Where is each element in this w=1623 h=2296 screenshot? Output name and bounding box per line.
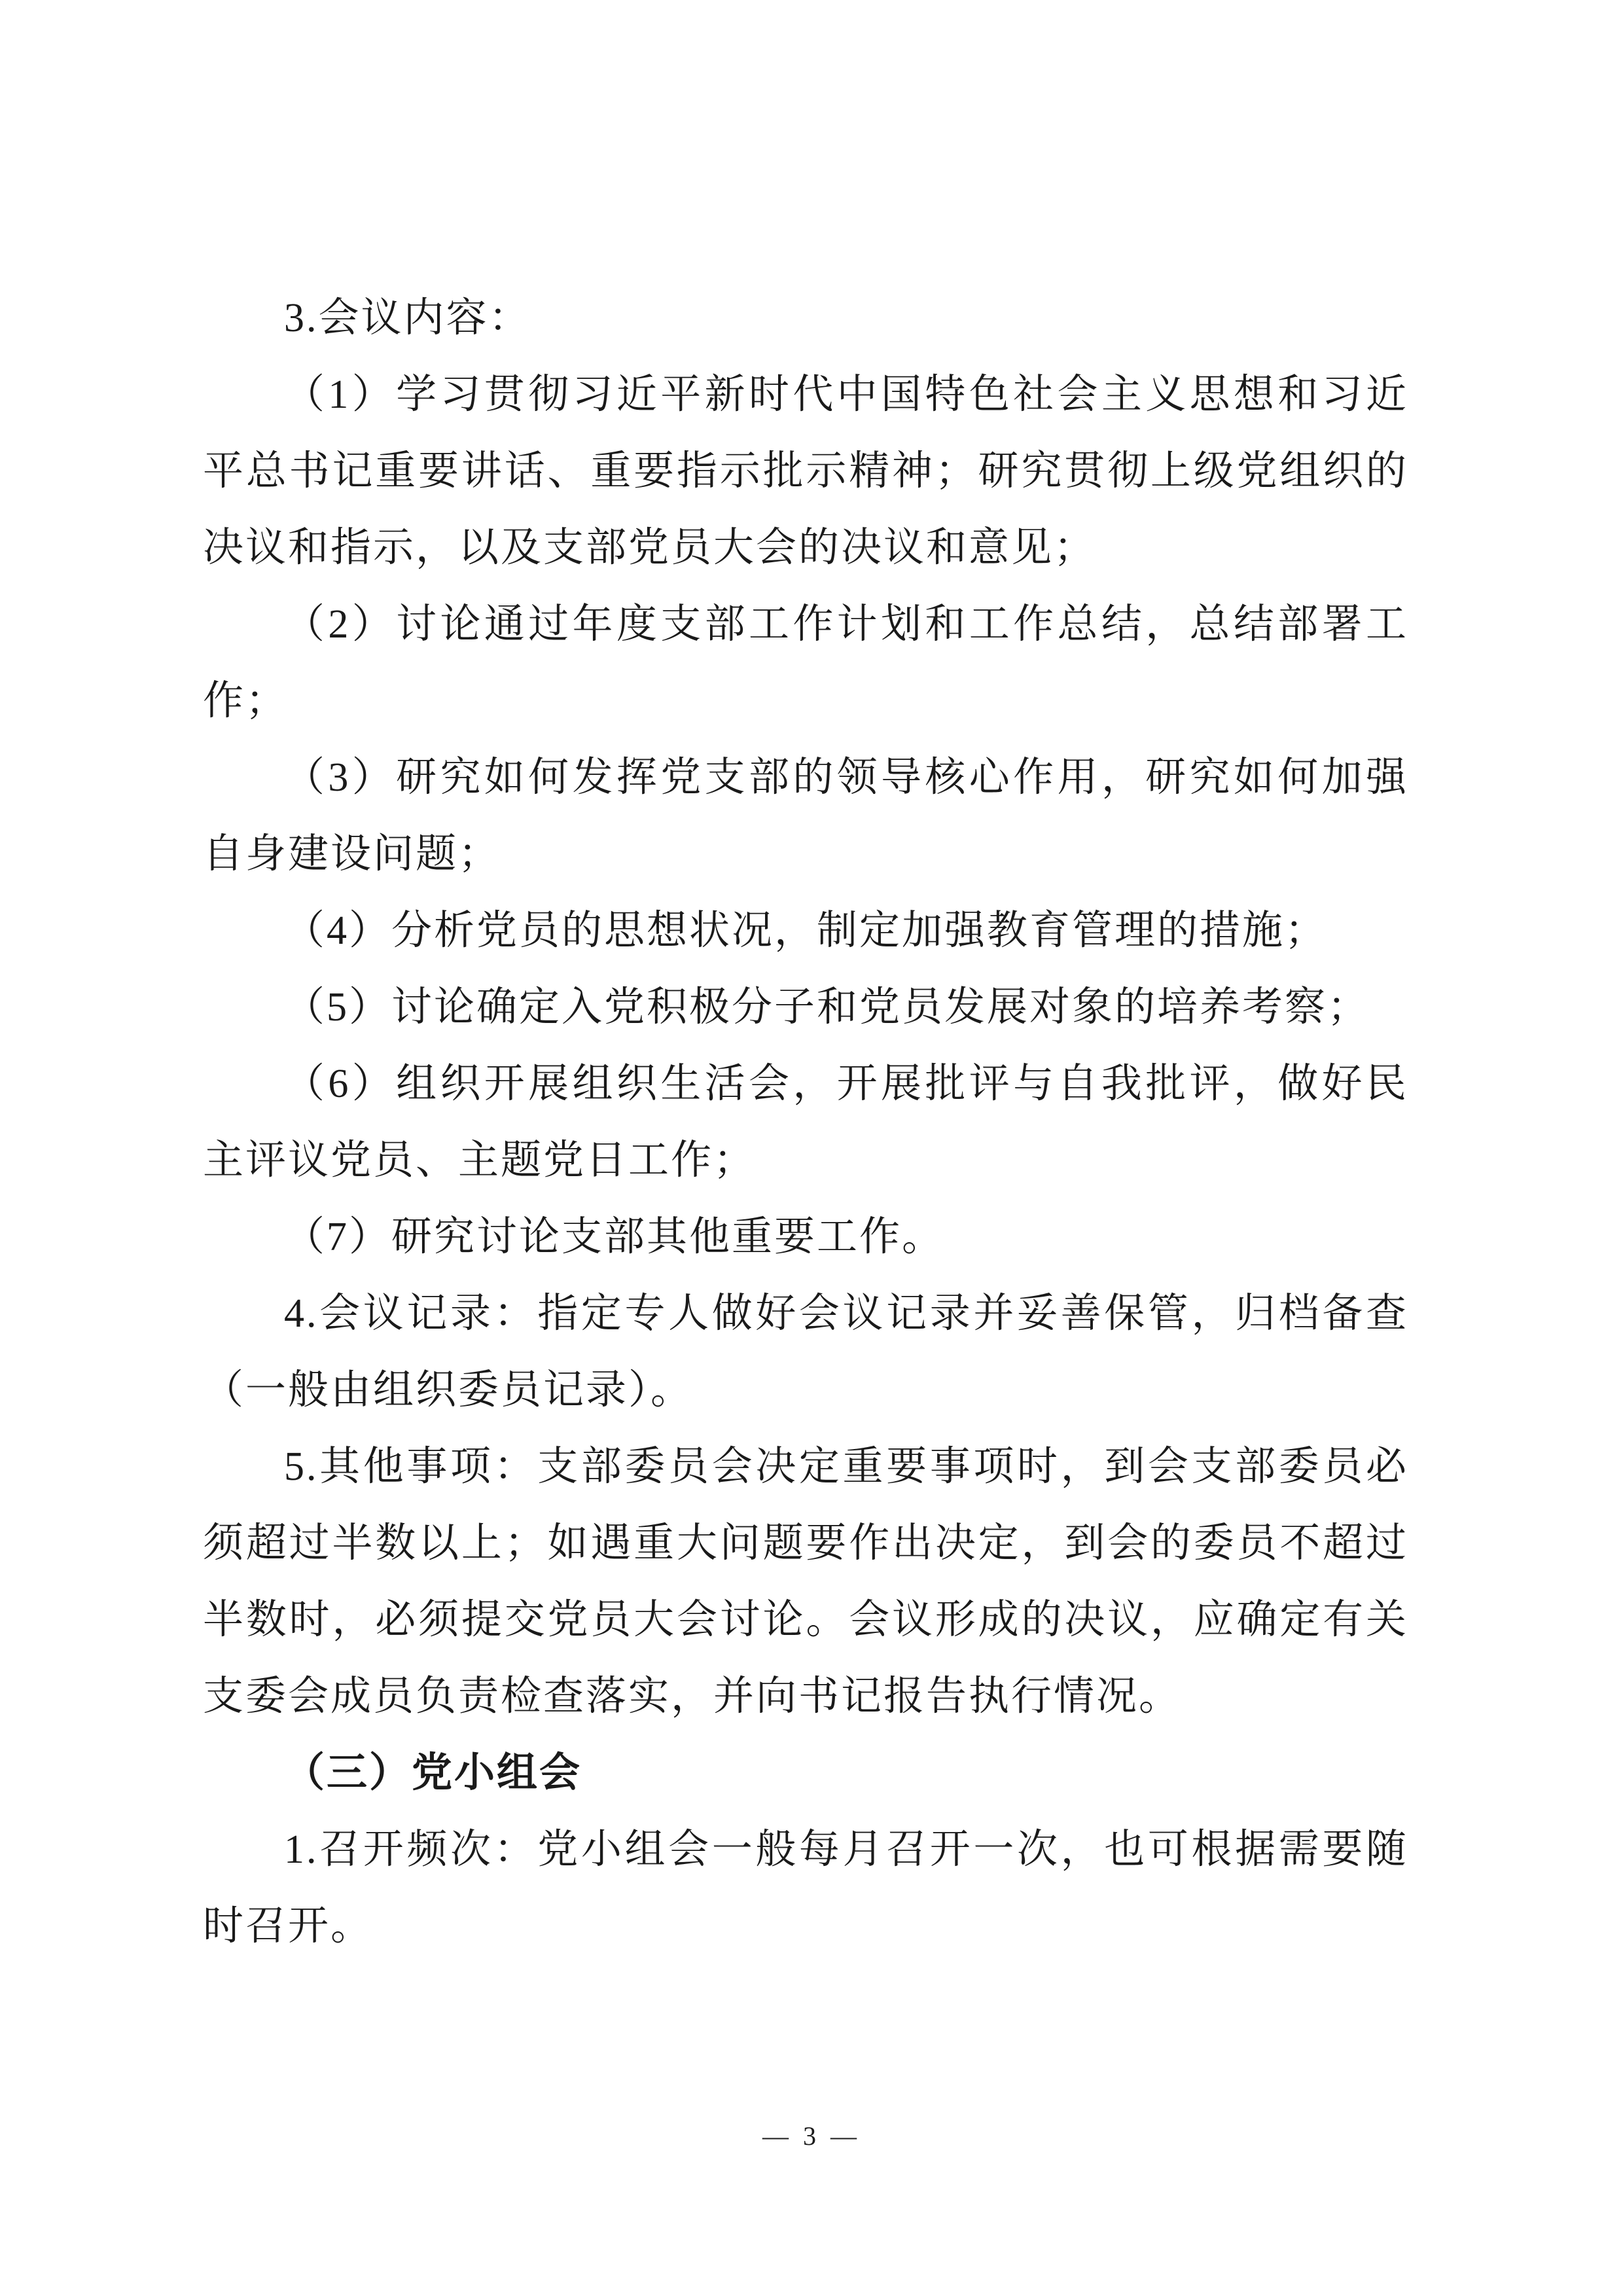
paragraph-meeting-records: 4.会议记录：指定专人做好会议记录并妥善保管，归档备查（一般由组织委员记录）。 bbox=[203, 1276, 1408, 1429]
paragraph-other-matters: 5.其他事项：支部委员会决定重要事项时，到会支部委员必须超过半数以上；如遇重大问… bbox=[203, 1429, 1408, 1735]
page-number: — 3 — bbox=[0, 2121, 1623, 2151]
paragraph-item-2: （2）讨论通过年度支部工作计划和工作总结，总结部署工作； bbox=[203, 586, 1408, 740]
paragraph-item-5: （5）讨论确定入党积极分子和党员发展对象的培养考察； bbox=[203, 969, 1408, 1046]
paragraph-item-4: （4）分析党员的思想状况，制定加强教育管理的措施； bbox=[203, 893, 1408, 969]
document-body: 3.会议内容： （1）学习贯彻习近平新时代中国特色社会主义思想和习近平总书记重要… bbox=[203, 280, 1408, 1965]
paragraph-item-1: （1）学习贯彻习近平新时代中国特色社会主义思想和习近平总书记重要讲话、重要指示批… bbox=[203, 357, 1408, 586]
paragraph-item-3: （3）研究如何发挥党支部的领导核心作用，研究如何加强自身建设问题； bbox=[203, 740, 1408, 893]
document-page: 3.会议内容： （1）学习贯彻习近平新时代中国特色社会主义思想和习近平总书记重要… bbox=[0, 0, 1623, 2296]
paragraph-meeting-content-title: 3.会议内容： bbox=[203, 280, 1408, 357]
paragraph-item-6: （6）组织开展组织生活会，开展批评与自我批评，做好民主评议党员、主题党日工作； bbox=[203, 1046, 1408, 1199]
section-heading-party-group-meeting: （三）党小组会 bbox=[203, 1735, 1408, 1812]
paragraph-meeting-frequency: 1.召开频次：党小组会一般每月召开一次，也可根据需要随时召开。 bbox=[203, 1812, 1408, 1965]
paragraph-item-7: （7）研究讨论支部其他重要工作。 bbox=[203, 1199, 1408, 1276]
